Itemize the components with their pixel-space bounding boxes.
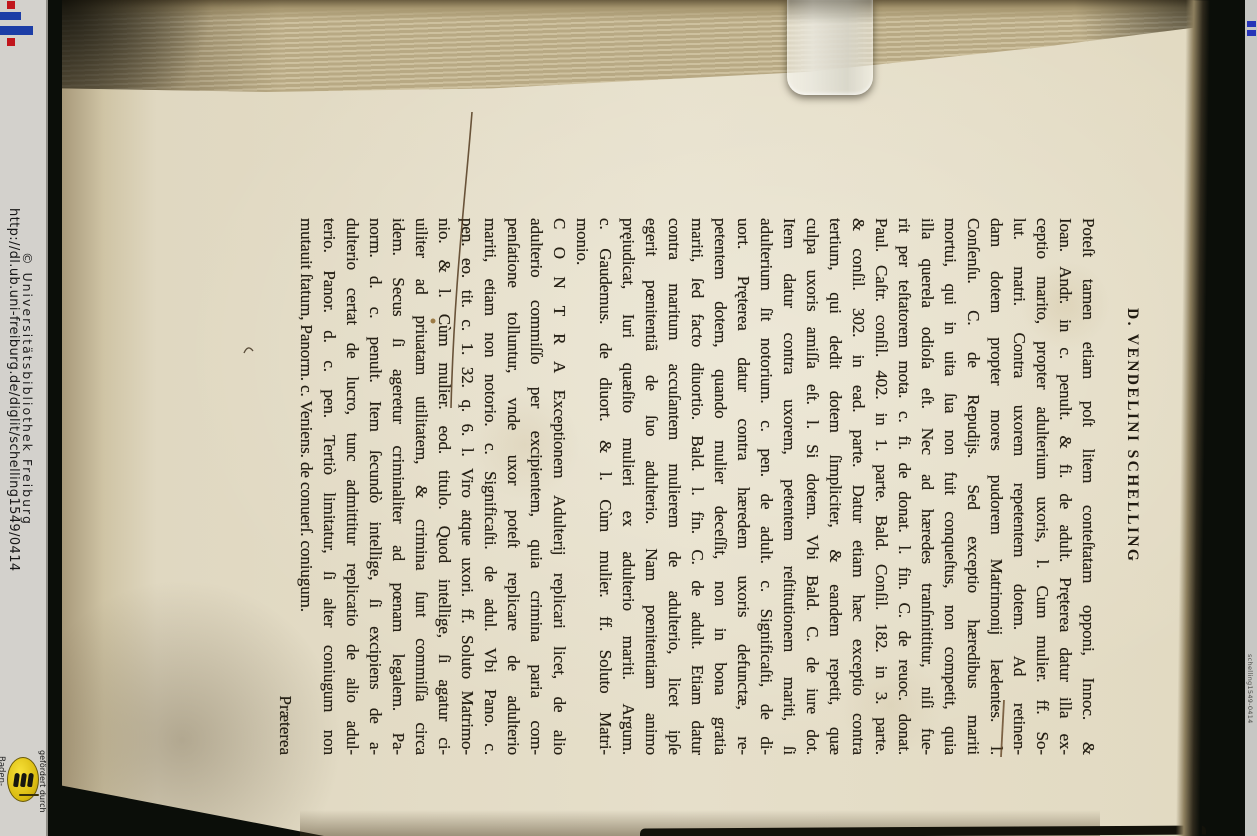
text-line: pen. eo. tit. c. 1. 32. q. 6. l. Viro at… <box>456 218 479 755</box>
text-line: C O N T R A Exceptionem Adulterij replic… <box>548 218 571 755</box>
text-line: uiliter ad priuatam utilitatem, & crimin… <box>410 218 433 755</box>
registration-blue-bar <box>0 12 21 20</box>
text-line: penſatione tolluntur, vnde uxor poteſt r… <box>502 218 525 755</box>
color-registration-mark-icon <box>0 0 46 52</box>
text-line: lut. matri. Contra uxorem repetentem dot… <box>1008 218 1031 755</box>
text-line: terio. Panor. d. c. pen. Tertiò limitatu… <box>318 218 341 755</box>
page-content: D. VENDELINI SCHELLING Poteſt tamen etia… <box>65 0 1185 836</box>
blue-calibration-dash <box>1247 21 1256 27</box>
scanner-sidebar: http://dl.ub.uni-freiburg.de/diglit/sche… <box>0 0 48 836</box>
text-line: ceptio marito, propter adulterium uxoris… <box>1031 218 1054 755</box>
registration-red-square <box>7 1 15 9</box>
text-line: c. Gaudemus. de diuort. & l. Cùm mulier.… <box>594 218 617 755</box>
text-line: egerit pœnitentiã de ſuo adulterio. Nam … <box>640 218 663 755</box>
text-line: Ioan. Andr. in c. penult. & fi. de adult… <box>1054 218 1077 755</box>
registration-red-square <box>7 38 15 46</box>
text-line: nio. & l. Cùm mulier. eod. titulo. Quod … <box>433 218 456 755</box>
text-line: idem. Secus ſi ageretur criminaliter ad … <box>387 218 410 755</box>
registration-blue-bar <box>0 26 33 35</box>
text-line: illa querela odioſa eſt. Nec ad hæredes … <box>916 218 939 755</box>
coat-of-arms-base <box>19 794 39 796</box>
page-holder-clip <box>787 0 873 95</box>
page-header: D. VENDELINI SCHELLING <box>1123 308 1141 563</box>
lion-icon <box>20 772 27 787</box>
text-line: mutauit ſtatum, Panorm. c. Veniens. de c… <box>295 218 318 755</box>
text-line: uort. Pręterea datur contra hæredem uxor… <box>732 218 755 755</box>
text-line: contra maritum accuſantem mulierem de ad… <box>663 218 686 755</box>
text-line: pręiudicat, Iuri quæſito mulieri ex adul… <box>617 218 640 755</box>
text-line: Item datur contra uxorem, petentem reſti… <box>778 218 801 755</box>
catchword: Præterea <box>275 218 295 755</box>
text-line: adulterio commiſſo per excipientem, quia… <box>525 218 548 755</box>
text-line: Poteſt tamen etiam poſt litem conteſtata… <box>1077 218 1100 755</box>
text-line: Paul. Caſtr. conſil. 402. in 1. parte. B… <box>870 218 893 755</box>
text-line: mariti, ſed facto diuortio. Bald. l. fin… <box>686 218 709 755</box>
lion-icon <box>13 772 20 787</box>
text-line: dam dotem propter mores pudorem Matrimon… <box>985 218 1008 755</box>
source-url: http://dl.ub.uni-freiburg.de/diglit/sche… <box>5 208 21 644</box>
bw-coat-of-arms-icon <box>7 757 39 802</box>
text-line: dulterio certat de lucro, tunc admittitu… <box>341 218 364 755</box>
text-line: norm. d. c. penult. Item ſecundò intelli… <box>364 218 387 755</box>
text-line: tertium, qui dedit dotem ſimpliciter, & … <box>824 218 847 755</box>
text-line: monio. <box>571 218 594 755</box>
text-line: petentem dotem, quando mulier deceſſit, … <box>709 218 732 755</box>
copyright-text: © Universitätsbibliothek Freiburg <box>21 252 35 634</box>
text-line: adulterium ſit notorium. c. pen. de adul… <box>755 218 778 755</box>
lion-icon <box>27 772 34 787</box>
text-line: culpa uxoris amiſſa eſt. l. Si dotem. Vb… <box>801 218 824 755</box>
text-line: rit per teſtatorem mota. c. fi. de donat… <box>893 218 916 755</box>
text-line: mariti, etiam non notorio. c. Significaſ… <box>479 218 502 755</box>
text-line: & conſil. 302. in ead. parte. Datur etia… <box>847 218 870 755</box>
scan-edge-label: schelling1549-0414 <box>1246 654 1254 794</box>
text-line: Conſenſu. C. de Repudijs. Sed exceptio h… <box>962 218 985 755</box>
text-line: mortui, qui in uita ſua non fuit conqueſ… <box>939 218 962 755</box>
text-lines: Poteſt tamen etiam poſt litem conteſtata… <box>295 218 1100 755</box>
funder-name: Baden-Württemberg <box>0 756 6 836</box>
blue-calibration-dash <box>1247 30 1256 36</box>
